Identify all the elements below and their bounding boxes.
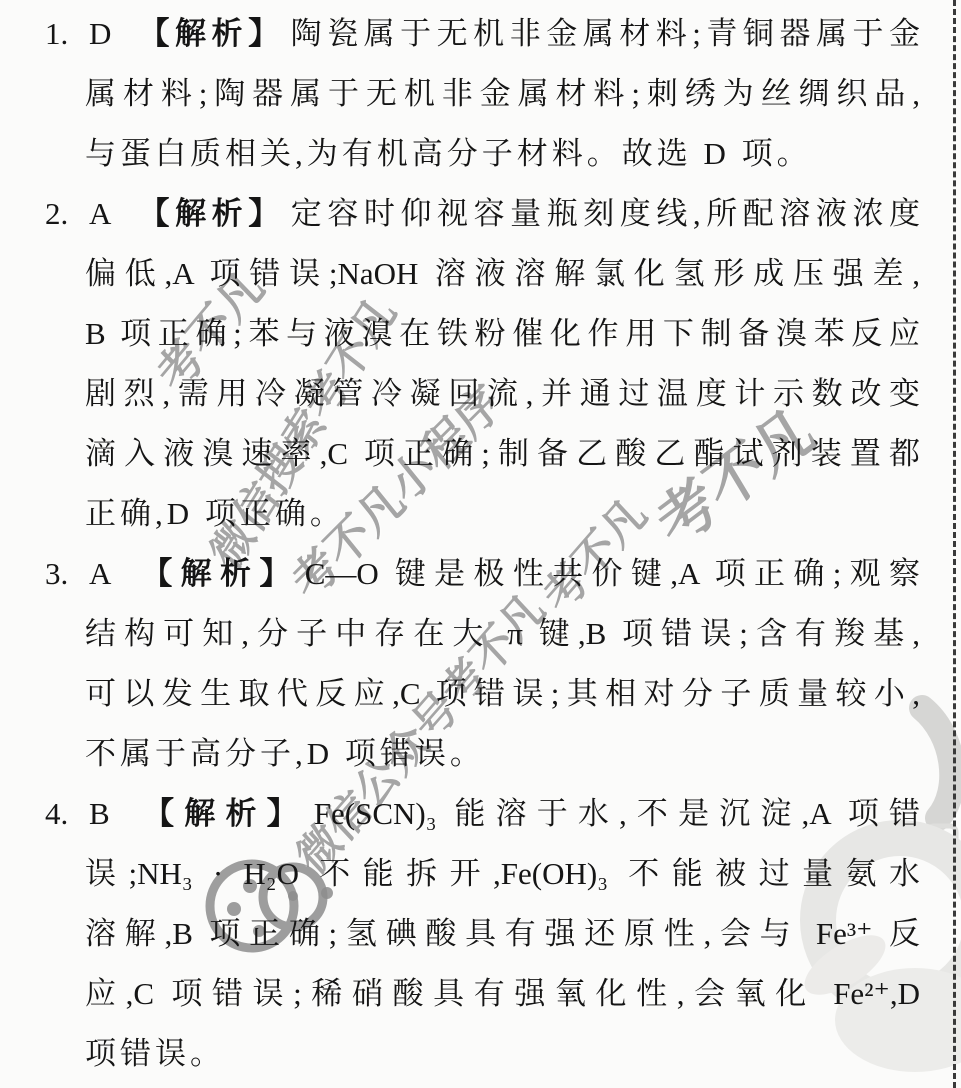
answer-line: 不属于高分子,D 项错误。 xyxy=(0,724,961,784)
answer-line: 滴入液溴速率,C 项正确;制备乙酸乙酯试剂装置都 xyxy=(0,424,961,484)
page-border-dashed-line xyxy=(953,0,956,1088)
answer-line: 可以发生取代反应,C 项错误;其相对分子质量较小, xyxy=(0,664,961,724)
answers-list: 1.D【解析】陶瓷属于无机非金属材料;青铜器属于金属材料;陶器属于无机非金属材料… xyxy=(0,0,961,1084)
answer-letter: B xyxy=(89,796,110,831)
item-marker: 1.D xyxy=(45,4,133,64)
answer-line: 4.B【解析】Fe(SCN)₃ 能溶于水,不是沉淀,A 项错 xyxy=(0,784,961,844)
answer-sheet-page: 考不凡微信搜索考不凡考不凡小程序考不凡微信公众号考不凡考不凡 1.D【解析】陶瓷… xyxy=(0,0,961,1088)
answer-line: 属材料;陶器属于无机非金属材料;刺绣为丝绸织品, xyxy=(0,64,961,124)
answer-line: 3.A【解析】C—O 键是极性共价键,A 项正确;观察 xyxy=(0,544,961,604)
answer-line: 结构可知,分子中存在大 π 键,B 项错误;含有羧基, xyxy=(0,604,961,664)
analysis-tag: 【解析】 xyxy=(133,556,299,591)
answer-letter: A xyxy=(89,556,111,591)
answer-line: 溶解,B 项正确;氢碘酸具有强还原性,会与 Fe³⁺ 反 xyxy=(0,904,961,964)
item-number: 4. xyxy=(45,784,89,844)
item-marker: 2.A xyxy=(45,184,133,244)
answer-line: 剧烈,需用冷凝管冷凝回流,并通过温度计示数改变 xyxy=(0,364,961,424)
item-number: 3. xyxy=(45,544,89,604)
item-marker: 3.A xyxy=(45,544,133,604)
answer-line: 正确,D 项正确。 xyxy=(0,484,961,544)
item-number: 1. xyxy=(45,4,89,64)
answer-letter: A xyxy=(89,196,111,231)
answer-line: 2.A【解析】定容时仰视容量瓶刻度线,所配溶液浓度 xyxy=(0,184,961,244)
answer-text: Fe(SCN)₃ 能溶于水,不是沉淀,A 项错 xyxy=(314,796,920,831)
answer-text: C—O 键是极性共价键,A 项正确;观察 xyxy=(305,556,920,591)
item-marker: 4.B xyxy=(45,784,133,844)
answer-line: 项错误。 xyxy=(0,1024,961,1084)
answer-line: 与蛋白质相关,为有机高分子材料。故选 D 项。 xyxy=(0,124,961,184)
analysis-tag: 【解析】 xyxy=(133,196,285,231)
answer-line: B 项正确;苯与液溴在铁粉催化作用下制备溴苯反应 xyxy=(0,304,961,364)
analysis-tag: 【解析】 xyxy=(133,796,308,831)
answer-text: 定容时仰视容量瓶刻度线,所配溶液浓度 xyxy=(291,196,920,231)
answer-letter: D xyxy=(89,16,111,51)
answer-text: 陶瓷属于无机非金属材料;青铜器属于金 xyxy=(291,16,920,51)
item-number: 2. xyxy=(45,184,89,244)
answer-line: 误;NH₃ · H₂O 不能拆开,Fe(OH)₃ 不能被过量氨水 xyxy=(0,844,961,904)
answer-line: 应,C 项错误;稀硝酸具有强氧化性,会氧化 Fe²⁺,D xyxy=(0,964,961,1024)
answer-line: 1.D【解析】陶瓷属于无机非金属材料;青铜器属于金 xyxy=(0,4,961,64)
analysis-tag: 【解析】 xyxy=(133,16,285,51)
answer-line: 偏低,A 项错误;NaOH 溶液溶解氯化氢形成压强差, xyxy=(0,244,961,304)
